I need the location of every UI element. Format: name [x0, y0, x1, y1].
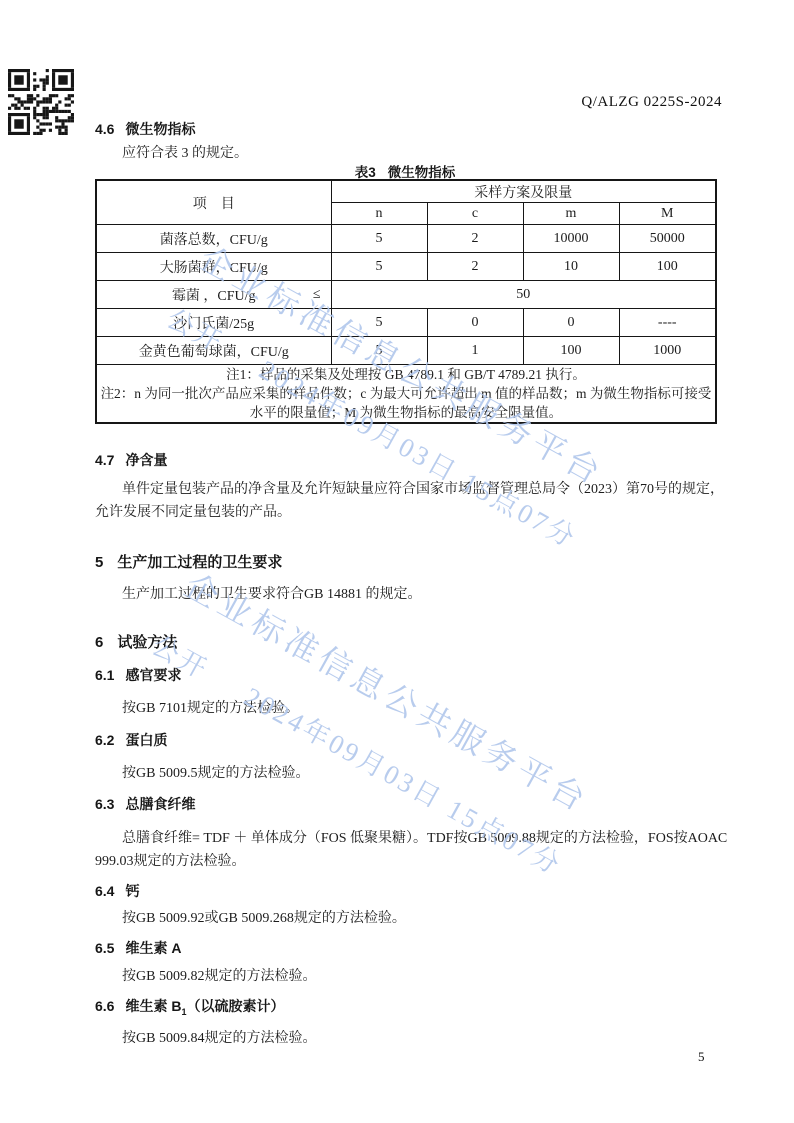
- heading-6-4: 6.4钙: [95, 881, 139, 901]
- col-header-M: M: [619, 203, 716, 225]
- table-row: 沙门氏菌/25g 5 0 0 ----: [96, 309, 716, 337]
- heading-4-6: 4.6微生物指标: [95, 119, 195, 139]
- heading-4-7: 4.7净含量: [95, 450, 167, 470]
- col-header-m: m: [523, 203, 619, 225]
- paragraph-6-5: 按GB 5009.82规定的方法检验。: [122, 965, 316, 985]
- document-page: 企业标准信息公共服务平台 公开 2024年09月03日 15点07分 企业标准信…: [0, 0, 794, 1123]
- table-note-1: 注1：样品的采集及处理按 GB 4789.1 和 GB/T 4789.21 执行…: [97, 365, 715, 384]
- table-row: 霉菌 ，CFU/g ≤ 50: [96, 281, 716, 309]
- item-cell: 金黄色葡萄球菌，CFU/g: [96, 337, 331, 365]
- item-cell: 菌落总数，CFU/g: [96, 225, 331, 253]
- microbiological-limits-table: 项 目 采样方案及限量 n c m M 菌落总数，CFU/g 5 2 10000…: [95, 179, 717, 424]
- table-caption: 表3微生物指标: [95, 161, 715, 181]
- qr-code: [8, 67, 74, 137]
- paragraph-4-7-line2: 允许发展不同定量包装的产品。: [95, 501, 291, 521]
- item-cell: 霉菌 ，CFU/g ≤: [96, 281, 331, 309]
- heading-6: 6试验方法: [95, 631, 177, 652]
- value-cell: 100: [619, 253, 716, 281]
- item-cell: 大肠菌群，CFU/g: [96, 253, 331, 281]
- col-header-n: n: [331, 203, 427, 225]
- table-row: 大肠菌群，CFU/g 5 2 10 100: [96, 253, 716, 281]
- paragraph-6-3-line2: 999.03规定的方法检验。: [95, 850, 246, 870]
- heading-6-3: 6.3总膳食纤维: [95, 794, 195, 814]
- paragraph-5: 生产加工过程的卫生要求符合GB 14881 的规定。: [122, 583, 421, 603]
- col-header-item: 项 目: [96, 180, 331, 225]
- paragraph-4-6: 应符合表 3 的规定。: [122, 142, 248, 162]
- table-note-2: 注2：n 为同一批次产品应采集的样品件数；c 为最大可允许超出 m 值的样品数；…: [97, 384, 715, 422]
- value-cell: 10: [523, 253, 619, 281]
- paragraph-6-1: 按GB 7101规定的方法检验。: [122, 697, 299, 717]
- heading-6-1: 6.1感官要求: [95, 665, 181, 685]
- paragraph-6-3-line1: 总膳食纤维= TDF ＋ 单体成分（FOS 低聚果糖）。TDF按GB 5009.…: [122, 827, 727, 847]
- value-cell: 2: [427, 253, 523, 281]
- table-row: 菌落总数，CFU/g 5 2 10000 50000: [96, 225, 716, 253]
- paragraph-6-6: 按GB 5009.84规定的方法检验。: [122, 1027, 316, 1047]
- value-cell: 100: [523, 337, 619, 365]
- heading-6-5: 6.5维生素 A: [95, 938, 181, 958]
- item-cell: 沙门氏菌/25g: [96, 309, 331, 337]
- heading-title: 微生物指标: [125, 121, 195, 137]
- value-cell: 2: [427, 225, 523, 253]
- value-cell: 5: [331, 225, 427, 253]
- col-header-group: 采样方案及限量: [331, 180, 716, 203]
- value-cell: 5: [331, 309, 427, 337]
- value-cell: 5: [331, 253, 427, 281]
- value-cell: 0: [523, 309, 619, 337]
- value-cell: 5: [331, 337, 427, 365]
- less-equal-sign: ≤: [313, 287, 321, 303]
- paragraph-4-7-line1: 单件定量包装产品的净含量及允许短缺量应符合国家市场监督管理总局令（2023）第7…: [122, 478, 724, 498]
- col-header-c: c: [427, 203, 523, 225]
- heading-5: 5生产加工过程的卫生要求: [95, 551, 282, 572]
- paragraph-6-4: 按GB 5009.92或GB 5009.268规定的方法检验。: [122, 907, 406, 927]
- paragraph-6-2: 按GB 5009.5规定的方法检验。: [122, 762, 309, 782]
- value-cell: 10000: [523, 225, 619, 253]
- heading-6-2: 6.2蛋白质: [95, 730, 167, 750]
- value-cell: 1000: [619, 337, 716, 365]
- table-row: 金黄色葡萄球菌，CFU/g 5 1 100 1000: [96, 337, 716, 365]
- table-notes-row: 注1：样品的采集及处理按 GB 4789.1 和 GB/T 4789.21 执行…: [96, 365, 716, 424]
- value-cell: ----: [619, 309, 716, 337]
- value-cell: 0: [427, 309, 523, 337]
- standard-number: Q/ALZG 0225S-2024: [581, 94, 722, 111]
- page-number: 5: [698, 1049, 705, 1065]
- heading-number: 4.6: [95, 121, 114, 137]
- value-cell: 50000: [619, 225, 716, 253]
- heading-6-6: 6.6维生素 B1（以硫胺素计）: [95, 996, 284, 1017]
- value-cell-span: 50: [331, 281, 716, 309]
- value-cell: 1: [427, 337, 523, 365]
